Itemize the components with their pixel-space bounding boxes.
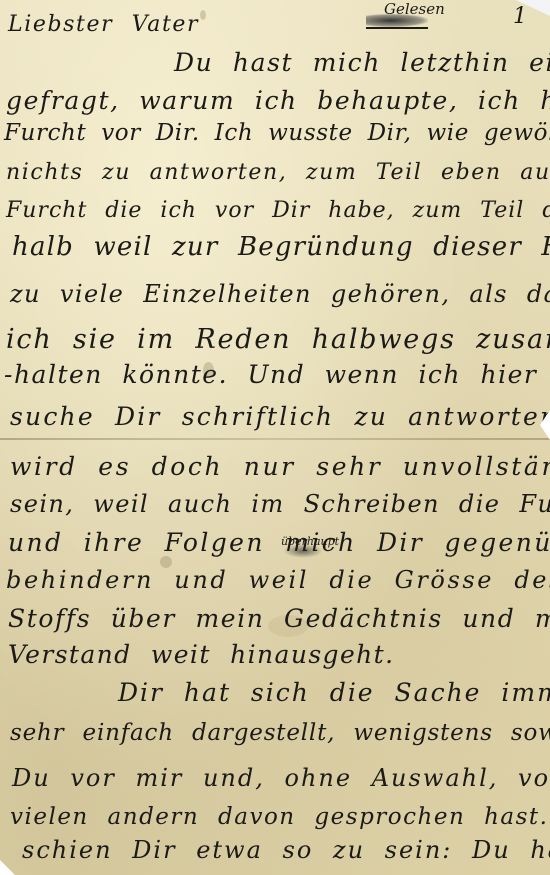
letter-line: sehr einfach dargestellt, wenigstens sow…	[10, 720, 550, 746]
letter-line: zu viele Einzelheiten gehören, als dass	[10, 280, 550, 308]
letter-line: ich sie im Reden halbwegs zusammen-	[6, 324, 550, 355]
letter-line: behindern und weil die Grösse des	[6, 566, 550, 594]
letter-line: vielen andern davon gesprochen hast. Es	[10, 804, 550, 830]
letter-line: sein, weil auch im Schreiben die Furcht	[10, 490, 550, 518]
letter-line: Verstand weit hinausgeht.	[8, 640, 394, 669]
header-annotation: Gelesen	[384, 0, 445, 18]
page-number: 1	[513, 4, 527, 29]
letter-line: Furcht vor Dir. Ich wusste Dir, wie gewö…	[4, 120, 550, 146]
letter-line: und ihre Folgen mich Dir gegenüber	[8, 528, 550, 557]
letter-line: halb weil zur Begründung dieser Furcht	[12, 232, 550, 262]
letter-line: wird es doch nur sehr unvollständig	[10, 452, 550, 481]
letter-line: Du hast mich letzthin einmal	[174, 48, 550, 77]
salutation: Liebster Vater	[8, 12, 199, 37]
letter-line: Stoffs über mein Gedächtnis und meinen	[8, 604, 550, 633]
letter-line: Du vor mir und, ohne Auswahl, vor	[12, 764, 550, 792]
letter-line: gefragt, warum ich behaupte, ich hätte	[6, 86, 550, 115]
letter-line: suche Dir schriftlich zu antworten, so	[10, 402, 550, 431]
letter-line: nichts zu antworten, zum Teil eben aus d…	[6, 160, 550, 185]
inserted-word: überhaupt	[281, 535, 339, 548]
letter-line: -halten könnte. Und wenn ich hier ver-	[4, 360, 550, 389]
letter-line: schien Dir etwa so zu sein: Du hast	[22, 836, 550, 864]
letter-line: Dir hat sich die Sache immer	[118, 678, 550, 707]
letter-page: Gelesen 1 Liebster Vater Du hast mich le…	[0, 0, 550, 875]
letter-line: Furcht die ich vor Dir habe, zum Teil de…	[6, 198, 550, 223]
paper-stain	[200, 10, 206, 20]
paper-fold	[0, 438, 550, 440]
